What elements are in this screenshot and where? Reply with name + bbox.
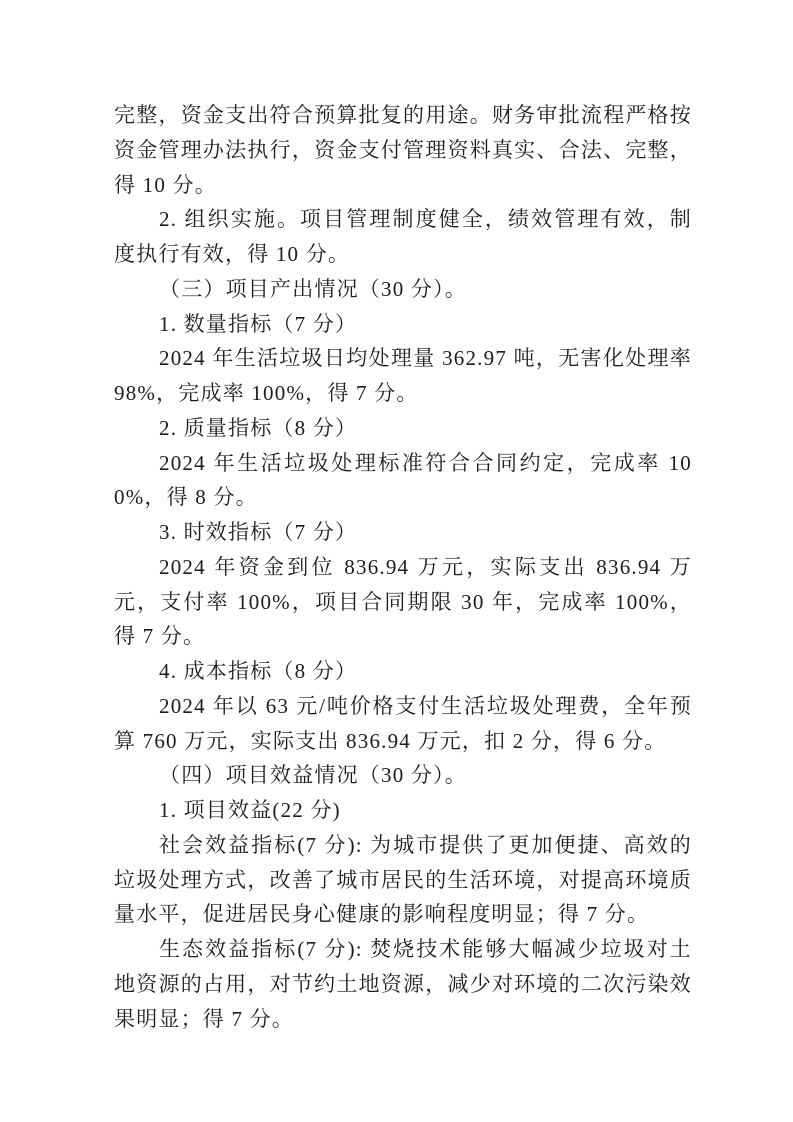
- paragraph: 2024 年生活垃圾处理标准符合合同约定，完成率 100%，得 8 分。: [114, 446, 692, 516]
- paragraph: 1. 数量指标（7 分）: [114, 307, 692, 342]
- paragraph: 2024 年资金到位 836.94 万元，实际支出 836.94 万元，支付率 …: [114, 550, 692, 654]
- paragraph: （三）项目产出情况（30 分）。: [114, 272, 692, 307]
- paragraph: 4. 成本指标（8 分）: [114, 654, 692, 689]
- document-body-text: 完整，资金支出符合预算批复的用途。财务审批流程严格按资金管理办法执行，资金支付管…: [114, 98, 692, 1036]
- paragraph: 2. 组织实施。项目管理制度健全，绩效管理有效，制度执行有效，得 10 分。: [114, 202, 692, 272]
- paragraph: 2024 年生活垃圾日均处理量 362.97 吨，无害化处理率 98%，完成率 …: [114, 341, 692, 411]
- paragraph: 2024 年以 63 元/吨价格支付生活垃圾处理费，全年预算 760 万元，实际…: [114, 689, 692, 759]
- paragraph: （四）项目效益情况（30 分）。: [114, 758, 692, 793]
- paragraph: 2. 质量指标（8 分）: [114, 411, 692, 446]
- paragraph: 社会效益指标(7 分): 为城市提供了更加便捷、高效的垃圾处理方式，改善了城市居…: [114, 828, 692, 932]
- paragraph: 1. 项目效益(22 分): [114, 793, 692, 828]
- paragraph: 3. 时效指标（7 分）: [114, 515, 692, 550]
- paragraph: 完整，资金支出符合预算批复的用途。财务审批流程严格按资金管理办法执行，资金支付管…: [114, 98, 692, 202]
- document-page: 完整，资金支出符合预算批复的用途。财务审批流程严格按资金管理办法执行，资金支付管…: [0, 0, 793, 1122]
- paragraph: 生态效益指标(7 分): 焚烧技术能够大幅减少垃圾对土地资源的占用，对节约土地资…: [114, 932, 692, 1036]
